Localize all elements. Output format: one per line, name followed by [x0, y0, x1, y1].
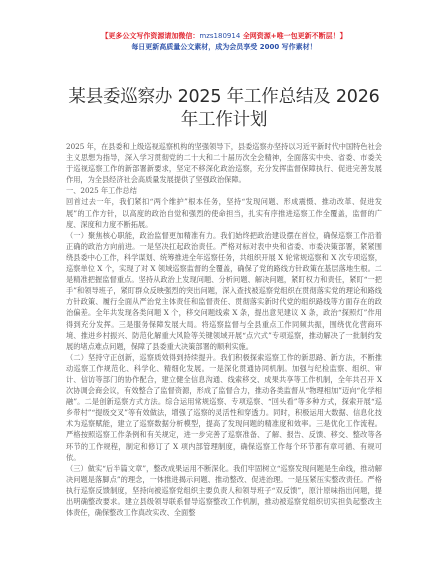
promo-banner-prefix: 【更多公文写作资源请加微信：: [101, 32, 199, 40]
promo-banner: 【更多公文写作资源请加微信：mzs180914 全网资源+唯一包更新不断层！】 …: [0, 31, 448, 53]
promo-banner-wechat-id: mzs180914: [199, 32, 240, 40]
promo-banner-line2: 每日更新高质量公文素材，成为会员享受 2000 写作素材！: [0, 42, 448, 53]
document-title: 某县委巡察办 2025 年工作总结及 2026 年工作计划: [60, 86, 388, 132]
summary-overview-paragraph: 回首过去一年，我们紧扣“两个维护”根本任务，坚持“发现问题、形成震慑、推动改革、…: [66, 196, 382, 229]
section-heading-summary: 一、2025 年工作总结: [66, 185, 382, 196]
summary-point-2-paragraph: （二）坚持守正创新，巡察质效得到持续提升。我们积极探索巡察工作的新思路、新方法，…: [66, 352, 382, 463]
promo-banner-line1: 【更多公文写作资源请加微信：mzs180914 全网资源+唯一包更新不断层！】: [0, 31, 448, 42]
document-page: 【更多公文写作资源请加微信：mzs180914 全网资源+唯一包更新不断层！】 …: [0, 0, 448, 580]
summary-point-3-paragraph: （三）做实“后半篇文章”，整改成果运用不断深化。我们牢固树立“巡察发现问题是生命…: [66, 463, 382, 518]
promo-banner-suffix: 全网资源+唯一包更新不断层！】: [240, 32, 346, 40]
document-body: 2025 年，在县委和上级巡视巡察机构的坚强领导下，县委巡察办坚持以习近平新时代…: [66, 141, 382, 518]
intro-paragraph: 2025 年，在县委和上级巡视巡察机构的坚强领导下，县委巡察办坚持以习近平新时代…: [66, 141, 382, 185]
summary-point-1-paragraph: （一）聚焦核心职能，政治监督更加精准有力。我们始终把政治建设摆在首位，确保巡察工…: [66, 230, 382, 352]
